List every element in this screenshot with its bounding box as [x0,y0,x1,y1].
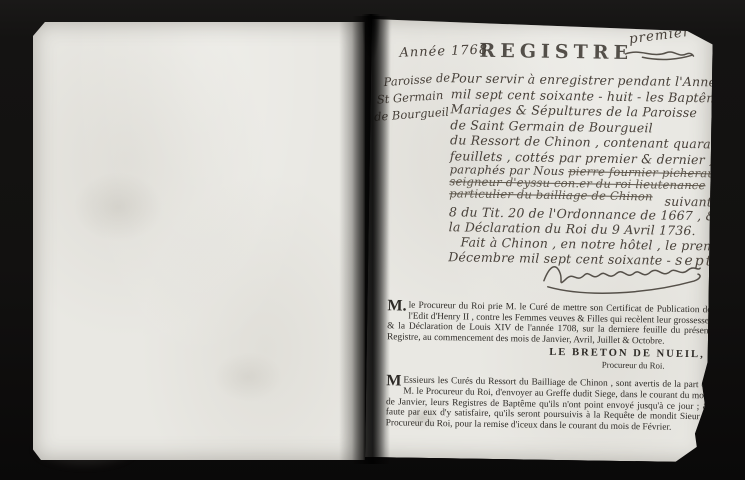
drop-cap: M. [387,300,406,312]
right-page-registre: Année 1768 REGISTRE premier Paroisse de … [365,19,713,462]
printed-paragraph-1: M.le Procureur du Roi prie M. le Curé de… [387,300,712,348]
printed-paragraph-text: Essieurs les Curés du Ressort du Baillia… [386,376,711,433]
margin-note-parish: Paroisse de St Germain de Bourgueil [383,69,453,125]
struck-text-segment: particulier du bailliage de Chinon [449,186,653,203]
scanned-register-image: Année 1768 REGISTRE premier Paroisse de … [0,0,745,480]
drop-cap: M [386,375,401,387]
year-annotation: Année 1768 [399,43,488,61]
paper-stain [73,172,163,242]
printed-paragraph-2: MEssieurs les Curés du Ressort du Bailli… [386,375,711,434]
paper-stain [213,352,283,402]
folio-annotation: premier [628,24,691,47]
page-fold-shadow [339,22,365,460]
left-page-blank [33,22,365,460]
page-title: REGISTRE [479,40,633,64]
manuscript-text: Pour servir à enregistrer pendant l'Anné… [448,70,711,269]
paraph-flourish-icon [622,45,696,62]
printed-notices: M.le Procureur du Roi prie M. le Curé de… [386,300,712,434]
manuscript-text-segment: suivant l'Article [665,196,745,210]
signature-flourish-icon [536,253,709,304]
printed-paragraph-text: le Procureur du Roi prie M. le Curé de m… [387,301,712,347]
